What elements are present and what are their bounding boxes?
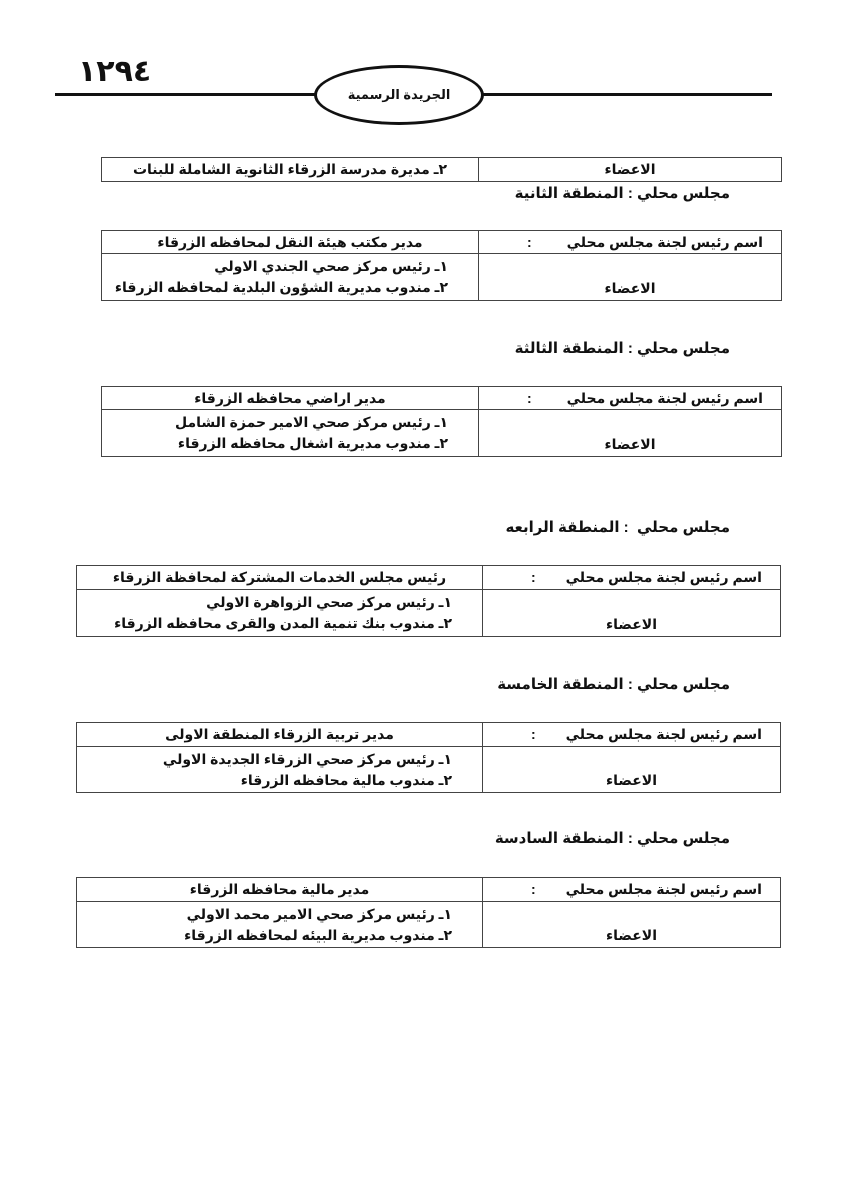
members-label: الاعضاء (483, 902, 781, 948)
council-table: اسم رئيس لجنة مجلس محلي : مدير اراضي محا… (101, 386, 782, 457)
chair-label-cell: اسم رئيس لجنة مجلس محلي : (479, 387, 782, 410)
member-item: ١ـ رئيس مركز صحي الامير محمد الاولي (85, 904, 452, 925)
gazette-title: الجريدة الرسمية (348, 87, 451, 103)
chair-label: اسم رئيس لجنة مجلس محلي (567, 390, 763, 407)
members-row: الاعضاء ١ـ رئيس مركز صحي الزرقاء الجديدة… (77, 747, 781, 793)
members-list: ١ـ رئيس مركز صحي الامير حمزة الشامل ٢ـ م… (102, 410, 479, 457)
member-item: ١ـ رئيس مركز صحي الزرقاء الجديدة الاولي (85, 749, 452, 770)
members-list: ١ـ رئيس مركز صحي الامير محمد الاولي ٢ـ م… (77, 902, 483, 948)
colon: : (531, 881, 536, 898)
chair-label-cell: اسم رئيس لجنة مجلس محلي : (483, 723, 781, 747)
members-label: الاعضاء (483, 747, 781, 793)
chair-label-cell: اسم رئيس لجنة مجلس محلي : (483, 878, 781, 902)
member-item: ٢ـ مندوب بنك تنمية المدن والقرى محافظه ا… (85, 613, 452, 634)
chair-label: اسم رئيس لجنة مجلس محلي (566, 726, 762, 743)
member-item: ١ـ رئيس مركز صحي الجندي الاولي (110, 256, 448, 277)
council-table: اسم رئيس لجنة مجلس محلي : مدير مالية محا… (76, 877, 781, 948)
section-heading: مجلس محلي : المنطقة الخامسة (497, 675, 730, 693)
continuation-table: الاعضاء ٢ـ مديرة مدرسة الزرقاء الثانوية … (101, 157, 782, 182)
members-label: الاعضاء (479, 254, 782, 301)
section-heading: مجلس محلي : المنطقة الثالثة (515, 339, 730, 357)
council-table: اسم رئيس لجنة مجلس محلي : رئيس مجلس الخد… (76, 565, 781, 637)
member-item: ٢ـ مندوب مديرية الشؤون البلدية لمحافظه ا… (110, 277, 448, 298)
member-item: ١ـ رئيس مركز صحي الامير حمزة الشامل (110, 412, 448, 433)
chair-label-cell: اسم رئيس لجنة مجلس محلي : (483, 566, 781, 590)
members-row: الاعضاء ١ـ رئيس مركز صحي الزواهرة الاولي… (77, 590, 781, 637)
members-list: ١ـ رئيس مركز صحي الزواهرة الاولي ٢ـ مندو… (77, 590, 483, 637)
members-list: ١ـ رئيس مركز صحي الجندي الاولي ٢ـ مندوب … (102, 254, 479, 301)
table-row: الاعضاء ٢ـ مديرة مدرسة الزرقاء الثانوية … (102, 158, 782, 182)
chair-label-cell: اسم رئيس لجنة مجلس محلي : (479, 231, 782, 254)
colon: : (527, 234, 532, 251)
page-number: ١٢٩٤ (78, 54, 151, 90)
chair-value: رئيس مجلس الخدمات المشتركة لمحافظة الزرق… (77, 566, 483, 590)
member-item: ٢ـ مديرة مدرسة الزرقاء الثانوية الشاملة … (102, 158, 479, 182)
members-row: الاعضاء ١ـ رئيس مركز صحي الجندي الاولي ٢… (102, 254, 782, 301)
member-item: ٢ـ مندوب مديرية اشغال محافظه الزرقاء (110, 433, 448, 454)
members-label: الاعضاء (479, 410, 782, 457)
chair-row: اسم رئيس لجنة مجلس محلي : مدير تربية الز… (77, 723, 781, 747)
members-list: ١ـ رئيس مركز صحي الزرقاء الجديدة الاولي … (77, 747, 483, 793)
chair-label: اسم رئيس لجنة مجلس محلي (566, 881, 762, 898)
member-item: ٢ـ مندوب مالية محافظه الزرقاء (85, 770, 452, 791)
members-label: الاعضاء (483, 590, 781, 637)
chair-row: اسم رئيس لجنة مجلس محلي : مدير مكتب هيئة… (102, 231, 782, 254)
colon: : (527, 390, 532, 407)
council-table: اسم رئيس لجنة مجلس محلي : مدير تربية الز… (76, 722, 781, 793)
chair-value: مدير مكتب هيئة النقل لمحافظه الزرقاء (102, 231, 479, 254)
members-row: الاعضاء ١ـ رئيس مركز صحي الامير حمزة الش… (102, 410, 782, 457)
chair-value: مدير اراضي محافظه الزرقاء (102, 387, 479, 410)
section-heading: مجلس محلي : المنطقة الرابعه (505, 518, 730, 536)
chair-row: اسم رئيس لجنة مجلس محلي : رئيس مجلس الخد… (77, 566, 781, 590)
chair-value: مدير تربية الزرقاء المنطقة الاولى (77, 723, 483, 747)
colon: : (531, 726, 536, 743)
members-row: الاعضاء ١ـ رئيس مركز صحي الامير محمد الا… (77, 902, 781, 948)
members-label: الاعضاء (479, 158, 782, 182)
chair-value: مدير مالية محافظه الزرقاء (77, 878, 483, 902)
chair-label: اسم رئيس لجنة مجلس محلي (567, 234, 763, 251)
council-table: اسم رئيس لجنة مجلس محلي : مدير مكتب هيئة… (101, 230, 782, 301)
member-item: ٢ـ مندوب مديرية البيئه لمحافظه الزرقاء (85, 925, 452, 946)
member-item: ١ـ رئيس مركز صحي الزواهرة الاولي (85, 592, 452, 613)
chair-row: اسم رئيس لجنة مجلس محلي : مدير اراضي محا… (102, 387, 782, 410)
chair-row: اسم رئيس لجنة مجلس محلي : مدير مالية محا… (77, 878, 781, 902)
chair-label: اسم رئيس لجنة مجلس محلي (566, 569, 762, 586)
section-heading: مجلس محلي : المنطقة الثانية (515, 184, 730, 202)
section-heading: مجلس محلي : المنطقة السادسة (495, 829, 730, 847)
gazette-title-oval: الجريدة الرسمية (314, 65, 484, 125)
colon: : (531, 569, 536, 586)
